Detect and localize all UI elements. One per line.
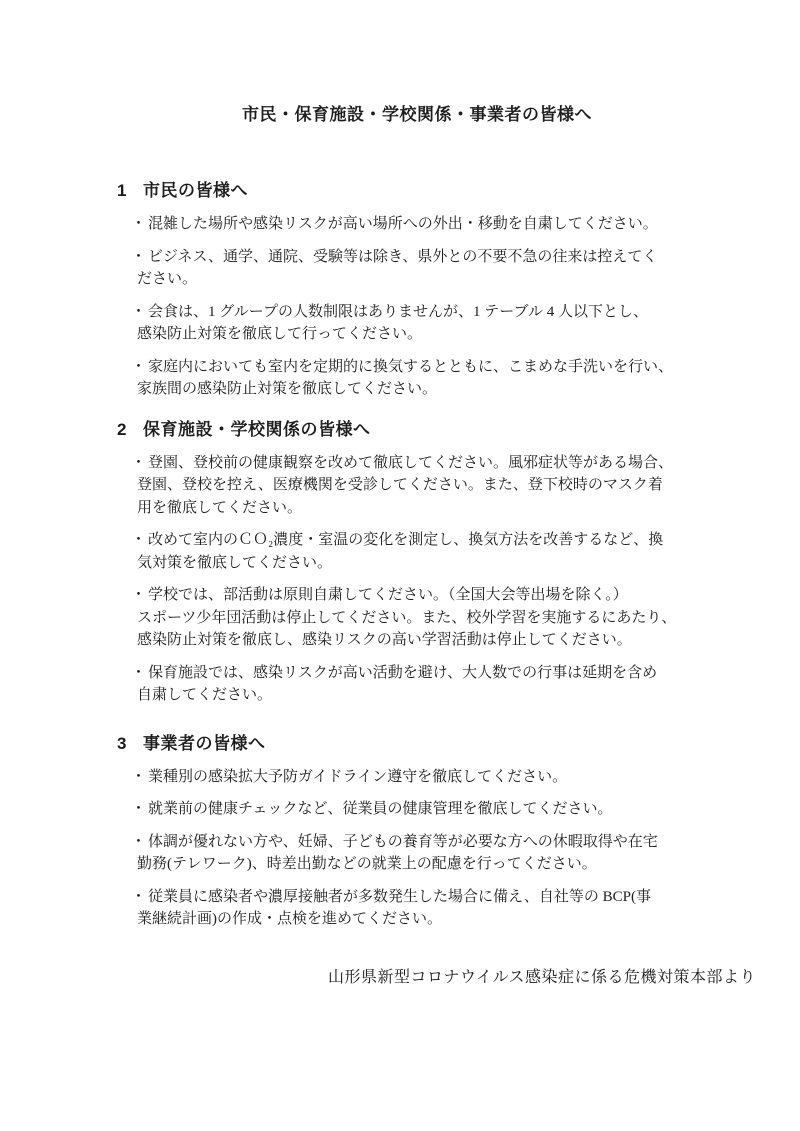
list-item: ・ ビジネス、通学、通院、受験等は除き、県外との不要不急の往来は控えてく ださい… <box>0 246 800 291</box>
list-item: ・ 改めて室内のＣＯ₂濃度・室温の変化を測定し、換気方法を改善するなど、換 気対… <box>0 529 800 574</box>
list-item: ・ 業種別の感染拡大予防ガイドライン遵守を徹底してください。 <box>0 766 800 789</box>
bullet-line: 保育施設では、感染リスクが高い活動を避け、大人数での行事は延期を含め <box>137 662 760 685</box>
bullet-icon: ・ <box>131 213 146 236</box>
bullet-line: 体調が優れない方や、妊婦、子どもの養育等が必要な方への休暇取得や在宅 <box>137 831 760 854</box>
bullet-line: 登園、登校前の健康観察を改めて徹底してください。風邪症状等がある場合、 <box>137 452 760 475</box>
bullet-icon: ・ <box>131 452 146 475</box>
bullet-icon: ・ <box>131 798 146 821</box>
bullet-line: 改めて室内のＣＯ₂濃度・室温の変化を測定し、換気方法を改善するなど、換 <box>137 529 760 552</box>
bullet-icon: ・ <box>131 886 146 909</box>
list-item: ・ 会食は、1 グループの人数制限はありませんが、1 テーブル 4 人以下とし、… <box>0 301 800 346</box>
section-heading: 3 事業者の皆様へ <box>0 732 800 756</box>
bullet-line: 家庭内においても室内を定期的に換気するとともに、こまめな手洗いを行い、 <box>137 356 760 379</box>
section-label: 事業者の皆様へ <box>143 732 266 756</box>
bullet-line: 家族間の感染防止対策を徹底してください。 <box>137 378 760 401</box>
section-heading: 1 市民の皆様へ <box>0 179 800 203</box>
list-item: ・ 体調が優れない方や、妊婦、子どもの養育等が必要な方への休暇取得や在宅 勤務(… <box>0 831 800 876</box>
section-number: 3 <box>117 732 143 756</box>
list-item: ・ 登園、登校前の健康観察を改めて徹底してください。風邪症状等がある場合、 登園… <box>0 452 800 520</box>
bullet-icon: ・ <box>131 766 146 789</box>
bullet-icon: ・ <box>131 529 146 552</box>
bullet-line: 学校では、部活動は原則自粛してください。（全国大会等出場を除く。） <box>137 584 760 607</box>
list-item: ・ 従業員に感染者や濃厚接触者が多数発生した場合に備え、自社等の BCP(事 業… <box>0 886 800 931</box>
bullet-icon: ・ <box>131 662 146 685</box>
bullet-line: ビジネス、通学、通院、受験等は除き、県外との不要不急の往来は控えてく <box>137 246 760 269</box>
bullet-line: ださい。 <box>137 268 760 291</box>
bullet-line: 感染防止対策を徹底して行ってください。 <box>137 323 760 346</box>
bullet-line: 気対策を徹底してください。 <box>137 552 760 575</box>
bullet-line: スポーツ少年団活動は停止してください。また、校外学習を実施するにあたり、 <box>137 607 760 630</box>
section-number: 2 <box>117 418 143 442</box>
section-citizens: 1 市民の皆様へ ・ 混雑した場所や感染リスクが高い場所への外出・移動を自粛して… <box>0 179 800 401</box>
list-item: ・ 学校では、部活動は原則自粛してください。（全国大会等出場を除く。） スポーツ… <box>0 584 800 652</box>
bullet-icon: ・ <box>131 246 146 269</box>
bullet-line: 業種別の感染拡大予防ガイドライン遵守を徹底してください。 <box>137 766 760 789</box>
list-item: ・ 保育施設では、感染リスクが高い活動を避け、大人数での行事は延期を含め 自粛し… <box>0 662 800 707</box>
bullet-line: 用を徹底してください。 <box>137 497 760 520</box>
list-item: ・ 就業前の健康チェックなど、従業員の健康管理を徹底してください。 <box>0 798 800 821</box>
bullet-line: 業継続計画)の作成・点検を進めてください。 <box>137 908 760 931</box>
bullet-line: 就業前の健康チェックなど、従業員の健康管理を徹底してください。 <box>137 798 760 821</box>
bullet-line: 勤務(テレワーク)、時差出勤などの就業上の配慮を行ってください。 <box>137 853 760 876</box>
document-page: 市民・保育施設・学校関係・事業者の皆様へ 1 市民の皆様へ ・ 混雑した場所や感… <box>0 0 800 1131</box>
section-businesses: 3 事業者の皆様へ ・ 業種別の感染拡大予防ガイドライン遵守を徹底してください。… <box>0 732 800 931</box>
bullet-line: 自粛してください。 <box>137 684 760 707</box>
bullet-line: 従業員に感染者や濃厚接触者が多数発生した場合に備え、自社等の BCP(事 <box>137 886 760 909</box>
list-item: ・ 混雑した場所や感染リスクが高い場所への外出・移動を自粛してください。 <box>0 213 800 236</box>
page-title: 市民・保育施設・学校関係・事業者の皆様へ <box>34 103 800 127</box>
list-item: ・ 家庭内においても室内を定期的に換気するとともに、こまめな手洗いを行い、 家族… <box>0 356 800 401</box>
section-number: 1 <box>117 179 143 203</box>
section-label: 保育施設・学校関係の皆様へ <box>143 418 371 442</box>
bullet-icon: ・ <box>131 301 146 324</box>
bullet-icon: ・ <box>131 584 146 607</box>
bullet-line: 会食は、1 グループの人数制限はありませんが、1 テーブル 4 人以下とし、 <box>137 301 760 324</box>
bullet-line: 混雑した場所や感染リスクが高い場所への外出・移動を自粛してください。 <box>137 213 760 236</box>
bullet-line: 感染防止対策を徹底し、感染リスクの高い学習活動は停止してください。 <box>137 629 760 652</box>
section-label: 市民の皆様へ <box>143 179 248 203</box>
bullet-icon: ・ <box>131 831 146 854</box>
section-schools: 2 保育施設・学校関係の皆様へ ・ 登園、登校前の健康観察を改めて徹底してくださ… <box>0 418 800 707</box>
bullet-line: 登園、登校を控え、医療機関を受診してください。また、登下校時のマスク着 <box>137 474 760 497</box>
section-heading: 2 保育施設・学校関係の皆様へ <box>0 418 800 442</box>
bullet-icon: ・ <box>131 356 146 379</box>
footer-attribution: 山形県新型コロナウイルス感染症に係る危機対策本部より <box>0 966 800 990</box>
